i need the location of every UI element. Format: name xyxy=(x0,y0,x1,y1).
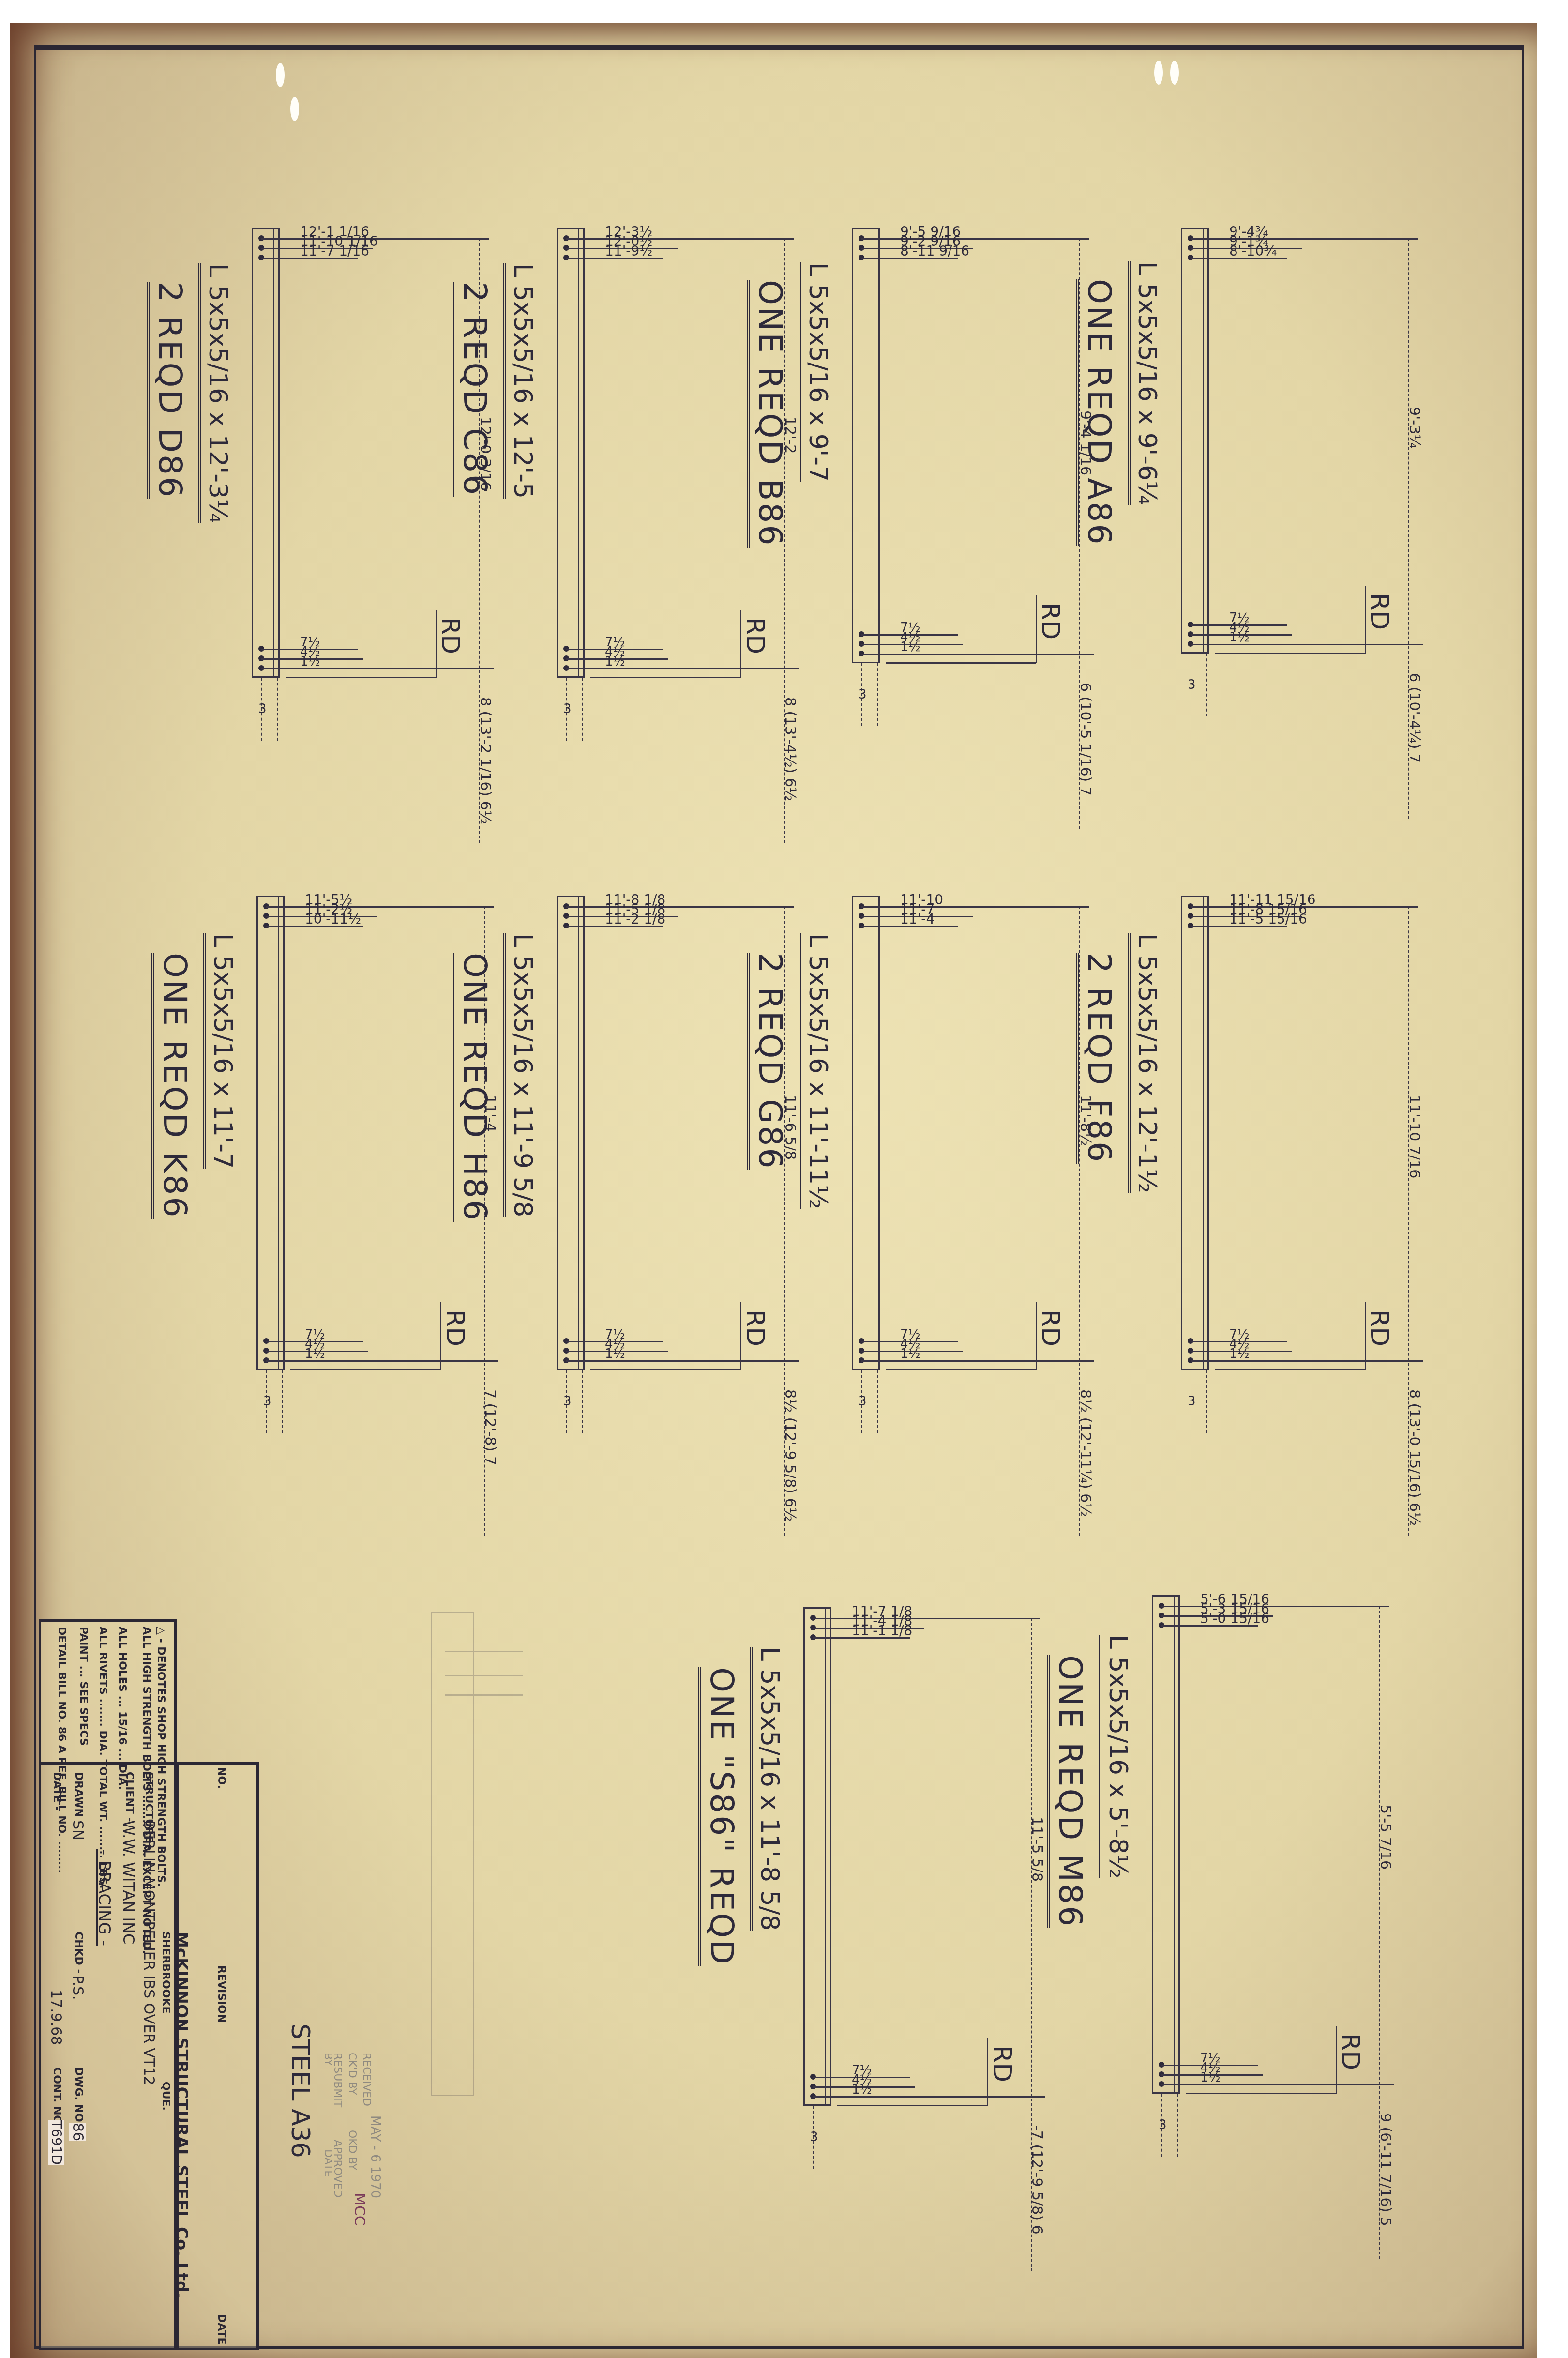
dwg-no-label: DWG. NO. xyxy=(73,2067,85,2126)
angle-member xyxy=(803,1607,831,2106)
hole-dim-line xyxy=(566,1360,799,1362)
date-label: DATE - xyxy=(51,1772,63,1810)
client-label: CLIENT - xyxy=(123,1772,136,1822)
quantity-mark: ONE REQD B86 xyxy=(747,280,789,548)
punch-hole xyxy=(1170,61,1179,85)
contract-no-value: T691D xyxy=(48,2120,64,2165)
hole-dim-top: 11'-1 1/8 xyxy=(852,1623,912,1639)
quantity-mark: ONE REQD H86 xyxy=(452,953,494,1222)
rd-base-line xyxy=(286,677,436,678)
quantity-mark: 2 REQD G86 xyxy=(747,953,789,1170)
total-length: 8½ (12'-11¼) 6½ xyxy=(1077,1389,1094,1517)
rd-label: RD xyxy=(1036,1309,1065,1346)
hole-dim-line xyxy=(1161,1606,1389,1607)
hole-dim-line xyxy=(861,654,1094,655)
quantity-mark: 2 REQD D86 xyxy=(147,282,189,499)
hole-dim-bottom: 1½ xyxy=(305,1347,325,1361)
quantity-mark: 2 REQD C86 xyxy=(452,282,494,497)
gauge-dimension: 3 xyxy=(563,1394,572,1409)
section-callout: L 5x5x5/16 x 12'-1½ xyxy=(1128,933,1161,1193)
hole-dim-bottom: 1½ xyxy=(1200,2070,1221,2085)
stamp-date-label: DATE xyxy=(322,2149,334,2177)
rd-base-line xyxy=(837,2105,987,2106)
section-callout: L 5x5x5/16 x 5'-8½ xyxy=(1099,1635,1132,1878)
total-length: 6 (10'-5 1/16) 7 xyxy=(1077,683,1094,796)
angle-member xyxy=(852,228,880,663)
gauge-line xyxy=(282,1370,283,1433)
overall-dimension: 9'-3¼ xyxy=(1406,407,1423,448)
angle-leg-line xyxy=(1174,1595,1175,2094)
quantity-mark: ONE REQD M86 xyxy=(1047,1655,1089,1928)
date-value: 17.9.68 xyxy=(47,1990,64,2045)
hole-dim-line xyxy=(861,1360,1094,1362)
section-callout: L 5x5x5/16 x 9'-7 xyxy=(799,262,832,482)
rd-label: RD xyxy=(1365,593,1394,630)
gauge-dimension: 3 xyxy=(859,687,867,702)
rd-base-line xyxy=(886,1369,1036,1370)
overall-dimension: 11'-5 5/8 xyxy=(1028,1817,1045,1882)
hole-dim-line xyxy=(266,1360,498,1362)
gauge-dimension: 3 xyxy=(1159,2118,1167,2132)
angle-member xyxy=(1181,228,1209,654)
section-callout: L 5x5x5/16 x 11'-8 5/8 xyxy=(750,1647,784,1931)
note-paint: PAINT ... SEE SPECS xyxy=(77,1627,90,1746)
rd-label: RD xyxy=(1336,2033,1365,2070)
angle-member xyxy=(557,896,585,1370)
hole-dim-line xyxy=(566,668,799,669)
angle-leg-line xyxy=(578,228,579,678)
hole-dim-top: 8'-10¾ xyxy=(1229,243,1277,259)
gauge-line xyxy=(277,678,278,741)
hole-dim-bottom: 1½ xyxy=(900,640,920,654)
hole-dim-line xyxy=(1191,644,1423,645)
total-length: 8 (13'-0 15/16) 6½ xyxy=(1406,1389,1423,1526)
revision-date-header: DATE xyxy=(215,2314,227,2345)
total-length: 8 (13'-4½) 6½ xyxy=(782,697,799,801)
hole-dim-line xyxy=(566,906,794,908)
gauge-dimension: 3 xyxy=(859,1394,867,1409)
overall-dimension: 11'-10 7/16 xyxy=(1406,1095,1423,1178)
hole-dim-line xyxy=(261,668,494,669)
angle-member xyxy=(1152,1595,1180,2094)
hole-dim-line xyxy=(861,238,1089,240)
rd-label: RD xyxy=(740,617,769,654)
dwg-no-value: 86 xyxy=(69,2123,86,2141)
stamp-okd-by: OKD BY xyxy=(346,2130,358,2170)
rd-label: RD xyxy=(740,1309,769,1346)
angle-leg-line xyxy=(578,896,579,1370)
checked-label: CHKD - xyxy=(73,1932,85,1974)
rd-base-line xyxy=(590,677,740,678)
total-length: 8 (13'-2 1/16) 6½ xyxy=(477,697,494,824)
erased-piece-drawing xyxy=(431,1612,673,2145)
angle-member xyxy=(1181,896,1209,1370)
stamp-received: RECEIVED xyxy=(361,2053,373,2106)
contract-no-label: CONT. NO. xyxy=(51,2067,63,2128)
hole-dim-bottom: 1½ xyxy=(300,654,320,669)
gauge-line xyxy=(1177,2094,1178,2157)
gauge-line xyxy=(829,2106,829,2169)
hole-dim-bottom: 1½ xyxy=(605,654,625,669)
rd-label: RD xyxy=(436,617,465,654)
total-length: 9 (6'-11 7/16) 5 xyxy=(1377,2113,1394,2226)
rd-base-line xyxy=(1186,2093,1336,2094)
angle-leg-line xyxy=(874,896,874,1370)
hole-dim-line xyxy=(1191,1360,1423,1362)
gauge-dimension: 3 xyxy=(810,2130,818,2145)
gauge-dimension: 3 xyxy=(1188,678,1196,692)
hole-dim-bottom: 1½ xyxy=(605,1347,625,1361)
hole-dim-line xyxy=(1161,2084,1394,2085)
angle-member xyxy=(252,228,280,678)
hole-dim-top: 5'-0 15/16 xyxy=(1200,1611,1269,1627)
punch-hole xyxy=(290,97,299,121)
drawn-label: DRAWN - xyxy=(73,1772,85,1826)
hole-dim-top: 11'-4 xyxy=(900,911,935,927)
angle-leg-line xyxy=(1203,228,1204,654)
company-province: QUE. xyxy=(160,2082,172,2111)
angle-leg-line xyxy=(278,896,279,1370)
hole-dim-line xyxy=(813,1618,1040,1619)
note-holes: ALL HOLES ... 15/16 ... DIA. xyxy=(116,1627,128,1790)
hole-dim-top: 11'-7 1/16 xyxy=(300,243,369,259)
hole-dim-top: 10'-11½ xyxy=(305,911,361,927)
rd-label: RD xyxy=(1036,603,1065,639)
hole-dim-bottom: 1½ xyxy=(852,2083,872,2097)
section-callout: L 5x5x5/16 x 11'-11½ xyxy=(799,933,832,1209)
drawing-title: - BRACING - xyxy=(94,1849,114,1946)
section-callout: L 5x5x5/16 x 12'-5 xyxy=(503,263,537,499)
gauge-line xyxy=(1206,1370,1207,1433)
hole-dim-line xyxy=(1191,238,1418,240)
hole-dim-top: 11'-2 1/8 xyxy=(605,911,665,927)
hole-dim-line xyxy=(566,238,794,240)
checked-value: P.S. xyxy=(69,1975,86,2000)
rd-base-line xyxy=(590,1369,740,1370)
client-value: W.W. WITAN INC xyxy=(120,1820,138,1944)
section-callout: L 5x5x5/16 x 9'-6¼ xyxy=(1128,261,1161,505)
quantity-mark: ONE REQD K86 xyxy=(151,953,194,1219)
gauge-line xyxy=(877,1370,878,1433)
total-length: -7 (12'-9 5/8) 6 xyxy=(1028,2125,1045,2235)
rd-base-line xyxy=(886,662,1036,664)
total-length: 8½ (12'-9 5/8) 6½ xyxy=(782,1389,799,1521)
gauge-dimension: 3 xyxy=(258,702,267,716)
hole-dim-top: 11'-5 15/16 xyxy=(1229,911,1307,927)
stamp-initials: MCC xyxy=(351,2193,368,2226)
hole-dim-line xyxy=(266,906,494,908)
angle-leg-line xyxy=(1203,896,1204,1370)
revision-no-header: NO. xyxy=(215,1767,227,1789)
quantity-mark: 2 REQD F86 xyxy=(1076,953,1118,1164)
quantity-mark: ONE "S86" REQD xyxy=(698,1667,740,1966)
hole-dim-bottom: 1½ xyxy=(900,1347,920,1361)
hole-dim-bottom: 1½ xyxy=(1229,1347,1250,1361)
stamp-by: BY xyxy=(322,2053,334,2066)
punch-hole xyxy=(1154,61,1163,85)
quantity-mark: ONE REQD A86 xyxy=(1076,279,1118,546)
rd-base-line xyxy=(290,1369,440,1370)
angle-member xyxy=(852,896,880,1370)
hole-dim-bottom: 1½ xyxy=(1229,630,1250,645)
gauge-dimension: 3 xyxy=(263,1394,271,1409)
angle-leg-line xyxy=(825,1607,826,2106)
gauge-line xyxy=(1206,654,1207,716)
gauge-line xyxy=(582,678,583,741)
rd-label: RD xyxy=(1365,1309,1394,1346)
gauge-dimension: 3 xyxy=(563,702,572,716)
angle-leg-line xyxy=(874,228,874,663)
overall-dimension: 5'-5 7/16 xyxy=(1377,1805,1394,1870)
section-callout: L 5x5x5/16 x 11'-9 5/8 xyxy=(503,933,537,1217)
rd-label: RD xyxy=(440,1309,469,1346)
revision-header: REVISION xyxy=(215,1965,227,2023)
material-note: STEEL A36 xyxy=(286,2023,315,2158)
drawn-value: SN xyxy=(69,1820,86,1840)
company-city: SHERBROOKE xyxy=(160,1932,172,2013)
total-length: 6 (10'-4¼) 7 xyxy=(1406,673,1423,763)
gauge-dimension: 3 xyxy=(1188,1394,1196,1409)
angle-member xyxy=(256,896,285,1370)
gauge-line xyxy=(582,1370,583,1433)
punch-hole xyxy=(276,63,285,87)
stamp-date: MAY - 6 1970 xyxy=(368,2115,382,2198)
rd-label: RD xyxy=(987,2045,1016,2082)
rd-base-line xyxy=(1215,653,1365,654)
hole-dim-line xyxy=(861,906,1089,908)
rd-base-line xyxy=(1215,1369,1365,1370)
company-name: McKINNON STRUCTURAL STEEL Co. Ltd. xyxy=(172,1932,191,2298)
structure-value: BERLIN MONTPELIER IBS OVER VT12 xyxy=(140,1820,157,2085)
angle-member xyxy=(557,228,585,678)
hole-dim-top: 11'-9½ xyxy=(605,243,652,259)
gauge-line xyxy=(877,663,878,726)
hole-dim-top: 8'-11 9/16 xyxy=(900,243,969,259)
angle-leg-line xyxy=(273,228,274,678)
section-callout: L 5x5x5/16 x 11'-7 xyxy=(203,933,237,1169)
total-length: 7 (12'-8) 7 xyxy=(482,1389,498,1465)
section-callout: L 5x5x5/16 x 12'-3¼ xyxy=(198,263,232,523)
hole-dim-line xyxy=(813,2096,1045,2098)
stamp-ckd-by: CK'D BY xyxy=(346,2053,358,2095)
note-detail-bill: DETAIL BILL NO. 86 A REF. BILL NO. .....… xyxy=(56,1627,68,1873)
